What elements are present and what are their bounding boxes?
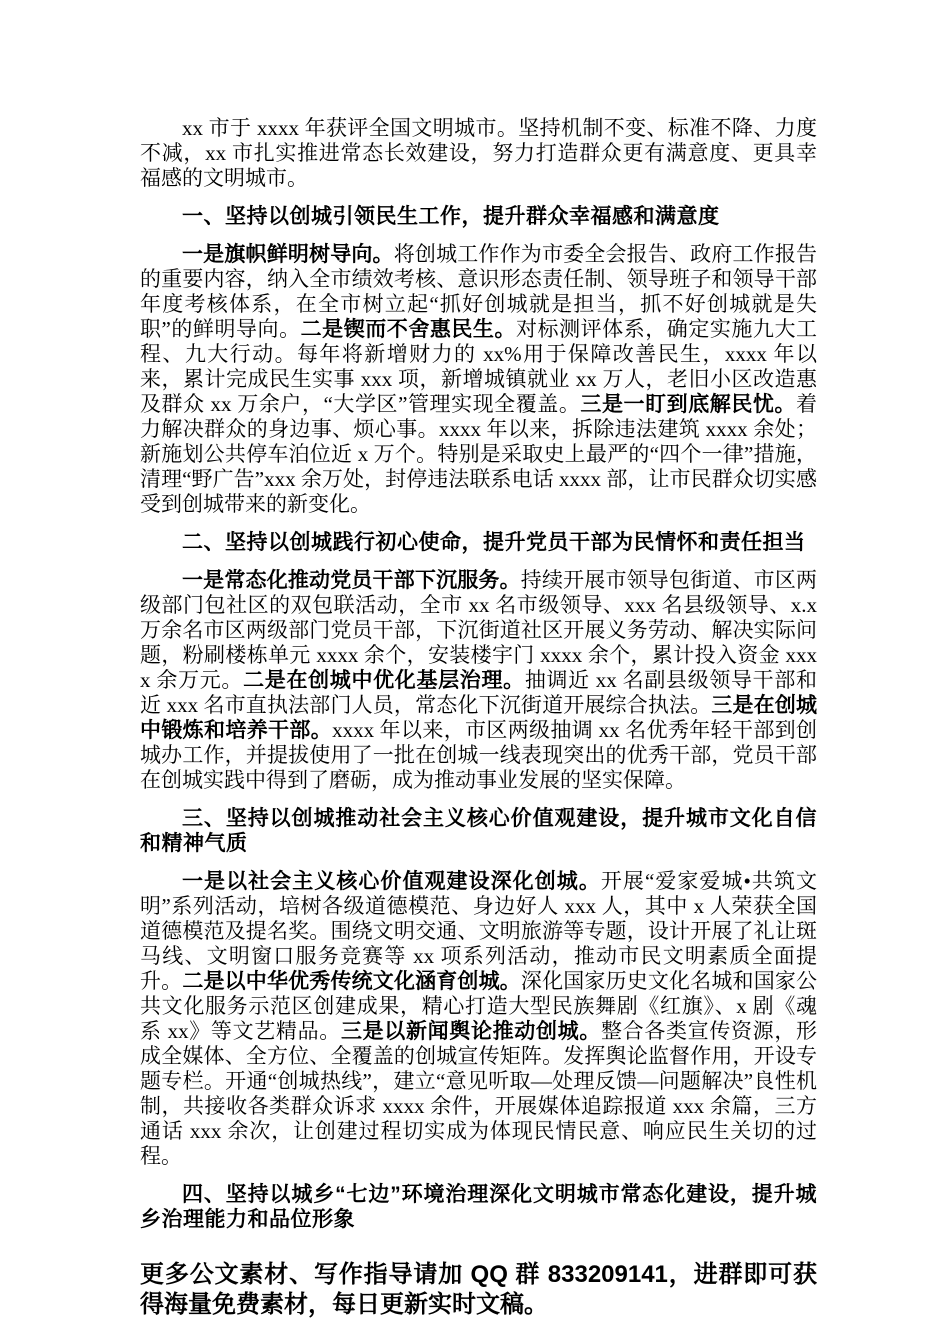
document-page: xx 市于 xxxx 年获评全国文明城市。坚持机制不变、标准不降、力度不减，xx… — [0, 0, 950, 1344]
bold-run: 二是以中华优秀传统文化涵育创城。 — [182, 970, 521, 993]
promo-footer: 更多公文素材、写作指导请加 QQ 群 833209141，进群即可获得海量免费素… — [140, 1260, 817, 1320]
bold-run: 一是常态化推动党员干部下沉服务。 — [182, 569, 521, 592]
body-paragraph: 一是常态化推动党员干部下沉服务。持续开展市领导包街道、市区两级部门包社区的双包联… — [140, 568, 817, 793]
document-sections: 一、坚持以创城引领民生工作，提升群众幸福感和满意度一是旗帜鲜明树导向。将创城工作… — [140, 204, 817, 1232]
body-paragraph: 一是以社会主义核心价值观建设深化创城。开展“爱家爱城•共筑文明”系列活动，培树各… — [140, 869, 817, 1169]
section-heading-3: 三、坚持以创城推动社会主义核心价值观建设，提升城市文化自信和精神气质 — [140, 806, 817, 856]
section-heading-2: 二、坚持以创城践行初心使命，提升党员干部为民情怀和责任担当 — [140, 530, 817, 555]
bold-run: 三是以新闻舆论推动创城。 — [341, 1020, 601, 1043]
bold-run: 三是一盯到底解民忧。 — [580, 393, 796, 416]
intro-paragraph: xx 市于 xxxx 年获评全国文明城市。坚持机制不变、标准不降、力度不减，xx… — [140, 116, 817, 191]
bold-run: 二是在创城中优化基层治理。 — [243, 669, 525, 692]
section-heading-1: 一、坚持以创城引领民生工作，提升群众幸福感和满意度 — [140, 204, 817, 229]
bold-run: 一是以社会主义核心价值观建设深化创城。 — [182, 870, 601, 893]
bold-run: 一是旗帜鲜明树导向。 — [182, 243, 394, 266]
body-paragraph: 一是旗帜鲜明树导向。将创城工作作为市委全会报告、政府工作报告的重要内容，纳入全市… — [140, 242, 817, 517]
bold-run: 二是锲而不舍惠民生。 — [301, 318, 516, 341]
section-heading-4: 四、坚持以城乡“七边”环境治理深化文明城市常态化建设，提升城乡治理能力和品位形象 — [140, 1182, 817, 1232]
